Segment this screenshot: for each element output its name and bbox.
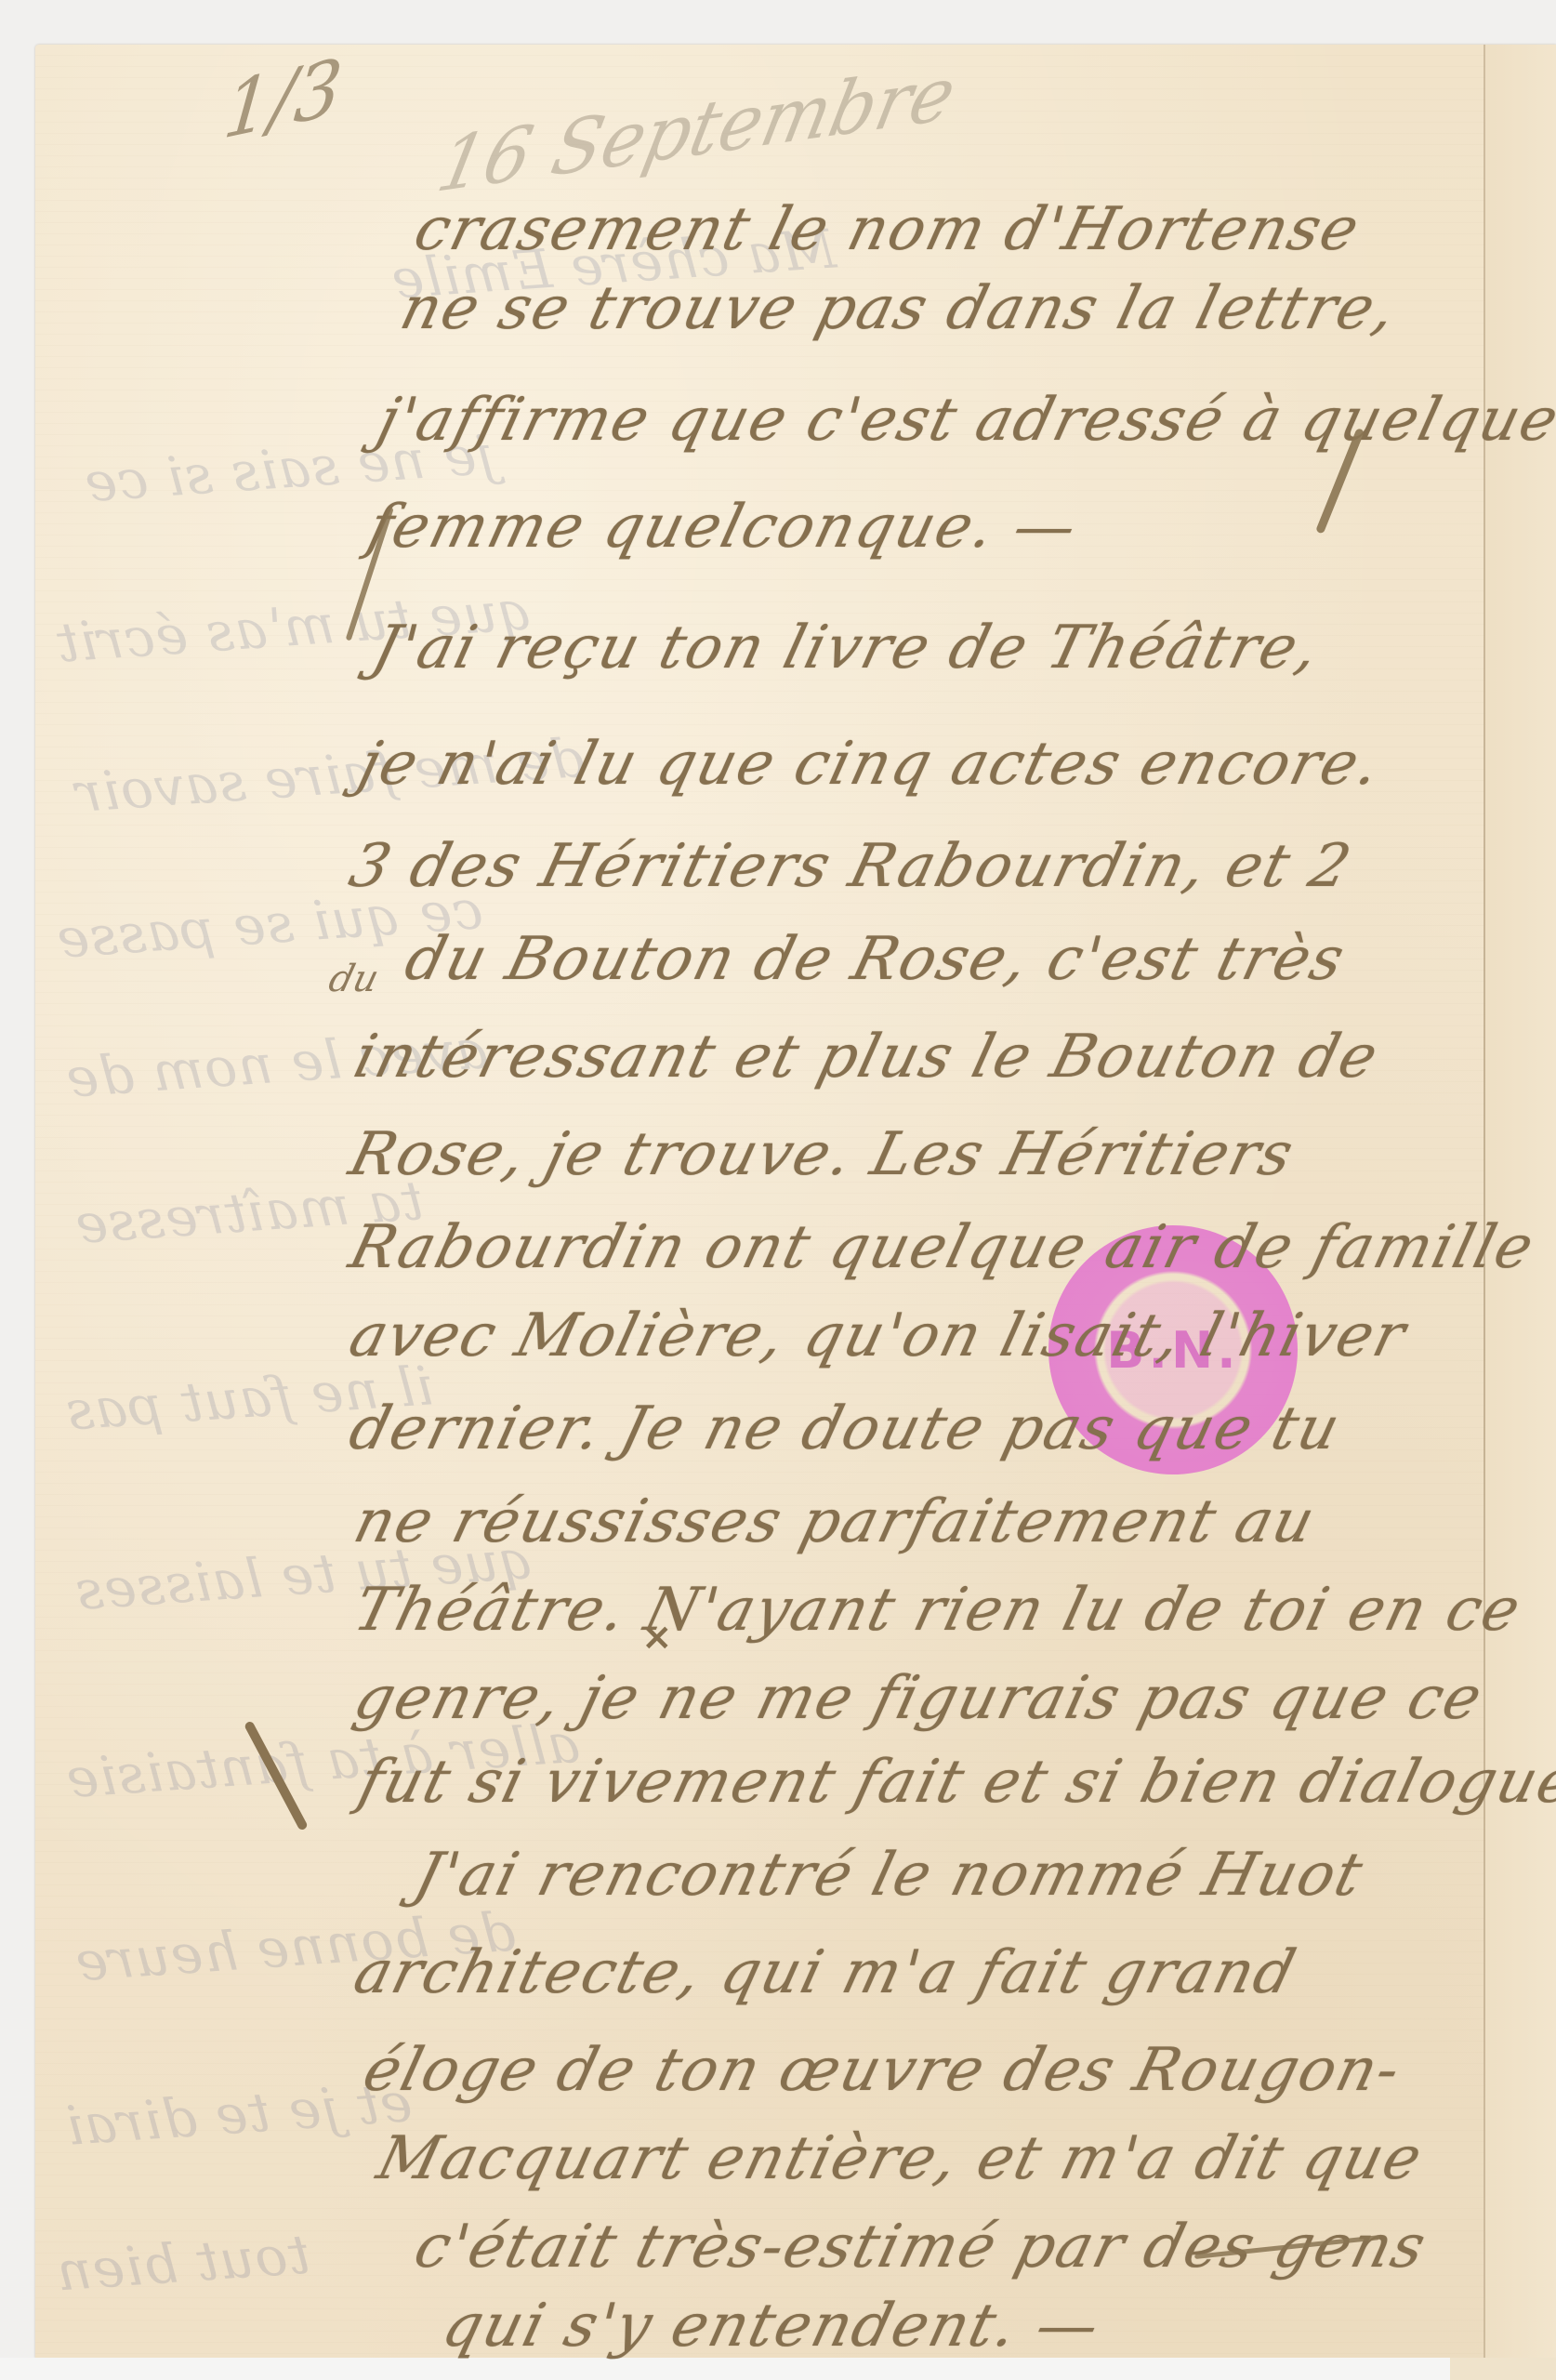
handwritten-line: éloge de ton œuvre des Rougon- — [358, 2041, 1407, 2100]
insertion-mark: × — [641, 1616, 673, 1659]
handwritten-line: ne réussisses parfaitement au — [349, 1492, 1322, 1552]
handwritten-line: Macquart entière, et m'a dit que — [372, 2129, 1429, 2188]
handwritten-line: crasement le nom d'Hortense — [409, 200, 1366, 259]
handwritten-line: ne se trouve pas dans la lettre, — [395, 279, 1403, 338]
leaf-bottom-edge — [1450, 2358, 1556, 2380]
handwritten-line: du Bouton de Rose, c'est très — [400, 930, 1352, 989]
handwritten-line: avec Molière, qu'on lisait, l'hiver — [344, 1306, 1412, 1366]
handwritten-line: genre, je ne me figurais pas que ce — [349, 1669, 1489, 1728]
handwritten-line: fut si vivement fait et si bien dialogué… — [353, 1752, 1556, 1812]
handwritten-line: je n'ai lu que cinq actes encore. — [353, 734, 1387, 794]
handwritten-line: intéressant et plus le Bouton de — [349, 1027, 1385, 1087]
handwritten-line: qui s'y entendent. — — [437, 2296, 1106, 2356]
handwritten-line: J'ai reçu ton livre de Théâtre, — [367, 618, 1325, 678]
handwritten-line: J'ai rencontré le nommé Huot — [409, 1845, 1369, 1905]
handwritten-line: 3 des Héritiers Rabourdin, et 2 — [344, 837, 1358, 896]
handwritten-line: Rose, je trouve. Les Héritiers — [344, 1125, 1300, 1184]
handwritten-line: Rabourdin ont quelque air de famille — [344, 1218, 1540, 1277]
handwritten-line: dernier. Je ne doute pas que tu — [344, 1399, 1347, 1459]
handwritten-line: femme quelconque. — — [363, 497, 1084, 557]
handwritten-line: architecte, qui m'a fait grand — [349, 1943, 1302, 2003]
scan-bottom-margin — [0, 2358, 1450, 2380]
handwritten-line: Théâtre. N'ayant rien lu de toi en ce — [349, 1580, 1527, 1640]
handwritten-line: j'affirme que c'est adressé à quelque — [372, 390, 1556, 450]
